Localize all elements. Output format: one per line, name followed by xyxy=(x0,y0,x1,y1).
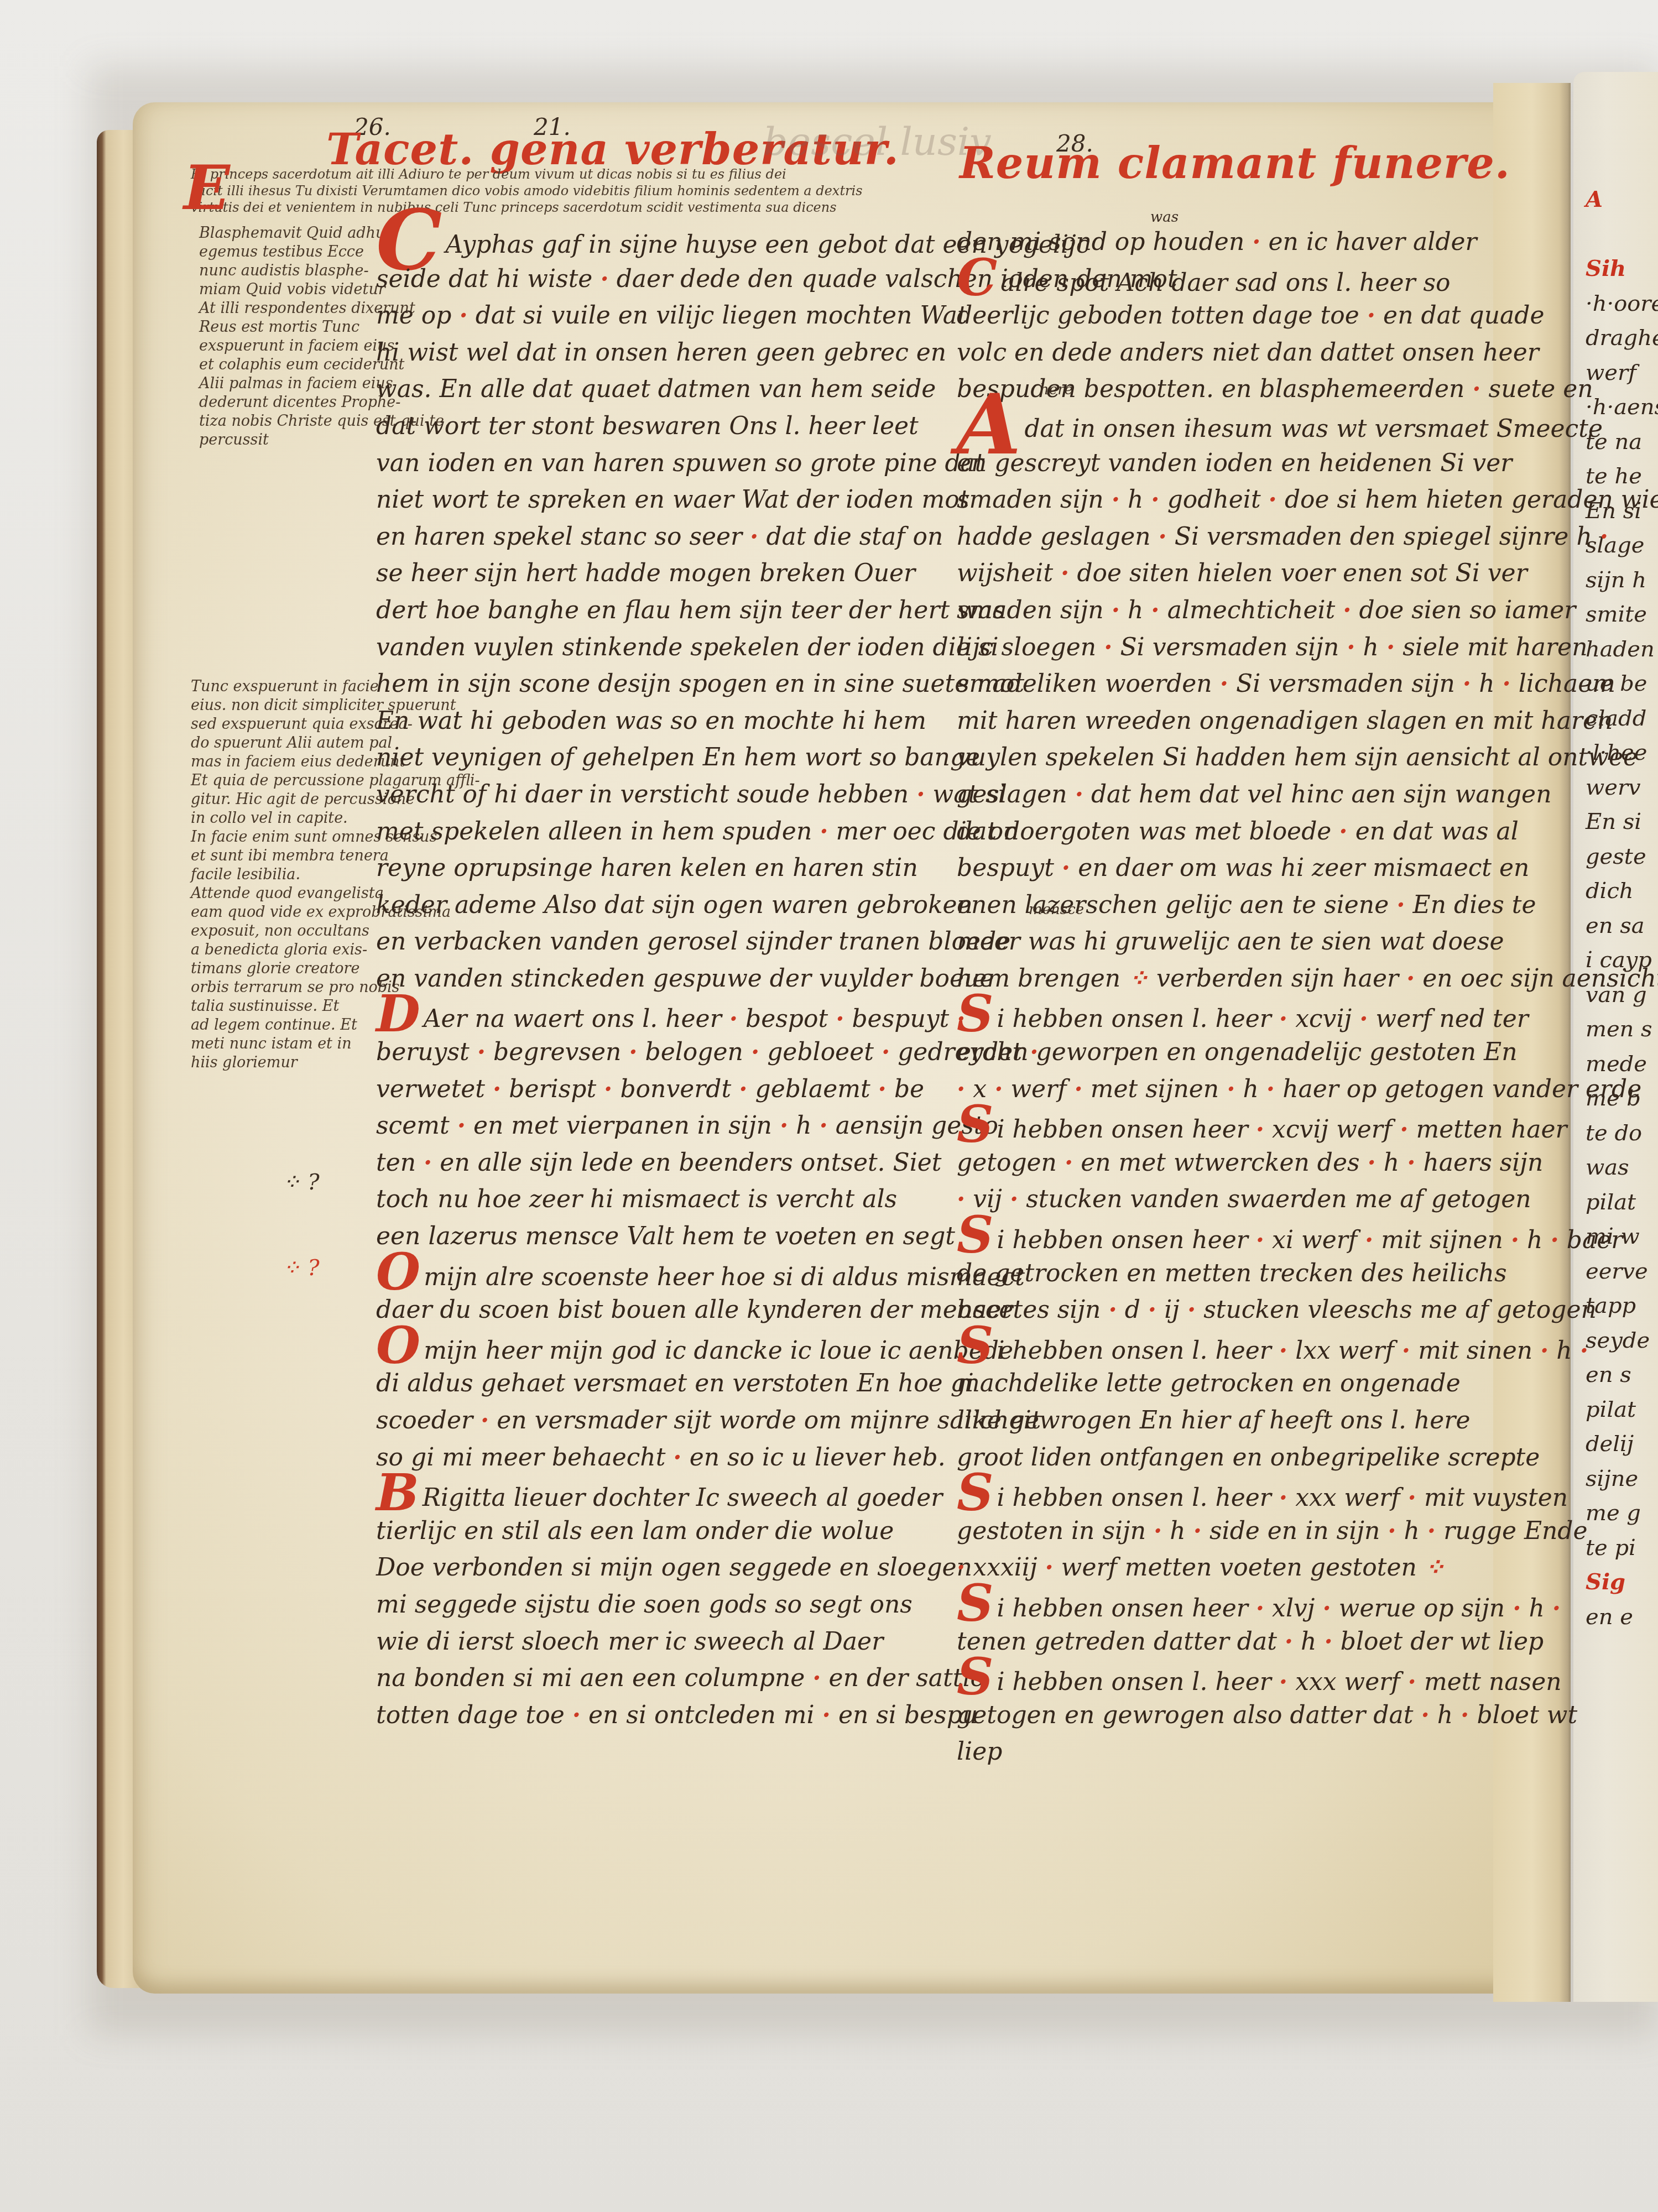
text-line: verwetet · berispt · bonverdt · geblaemt… xyxy=(376,1071,929,1108)
red-punctus: · xyxy=(1540,1337,1548,1365)
text-line: baertes sijn · d · ij · stucken vleeschs… xyxy=(957,1292,1499,1329)
text-line: meer was hi gruwelijc aen te sien wat do… xyxy=(957,924,1499,961)
red-punctus: · xyxy=(1402,1337,1410,1365)
text-line: beruyst · begrevsen · belogen · gebloeet… xyxy=(376,1034,929,1071)
text-line: Omijn alre scoenste heer hoe si di aldus… xyxy=(376,1255,929,1292)
red-punctus: · xyxy=(751,1038,759,1066)
text-line: · xxxiij · werf metten voeten gestoten ⁘ xyxy=(957,1550,1499,1587)
line-text: met spekelen alleen in hem spuden · mer … xyxy=(376,817,1019,846)
facing-page-line: sijne xyxy=(1573,1462,1658,1496)
red-punctus: · xyxy=(1552,1594,1561,1623)
text-line: Calre spot Ach daer sad ons l. heer so xyxy=(957,261,1499,298)
text-line: smaden sijn · h · almechticheit · doe si… xyxy=(957,592,1499,629)
text-line: toch nu hoe zeer hi mismaect is vercht a… xyxy=(376,1181,929,1218)
line-text: dat in onsen ihesum was wt versmaet Smee… xyxy=(1024,415,1603,443)
line-text: · xxxiij · werf metten voeten gestoten ⁘ xyxy=(957,1553,1445,1582)
text-line: geslagen · dat hem dat vel hinc aen sijn… xyxy=(957,776,1499,813)
text-line: en verbacken vanden gerosel sijnder tran… xyxy=(376,924,929,961)
facing-page-line: smite xyxy=(1573,597,1658,632)
line-text: keder ademe Also dat sijn ogen waren geb… xyxy=(376,891,973,919)
red-punctus: ⁘ xyxy=(1128,964,1149,993)
line-text: vercht of hi daer in versticht soude heb… xyxy=(376,780,1006,808)
line-text: meer was hi gruwelijc aen te sien wat do… xyxy=(957,927,1504,956)
facing-page-line: pilat xyxy=(1573,1185,1658,1220)
line-text: niet wort te spreken en waer Wat der iod… xyxy=(376,486,969,514)
line-text: dat doergoten was met bloede · en dat wa… xyxy=(957,817,1519,846)
text-line: so gi mi meer behaecht · en so ic u liev… xyxy=(376,1439,929,1477)
margin-mark-2: ⁘ ? xyxy=(282,1255,320,1281)
gloss-line: Et princeps sacerdotum ait illi Adiuro t… xyxy=(191,166,862,182)
rubricated-initial: S xyxy=(957,1587,993,1620)
red-punctus: · xyxy=(878,1075,887,1103)
text-line: tierlijc en stil als een lam onder die w… xyxy=(376,1513,929,1550)
line-text: geslagen · dat hem dat vel hinc aen sijn… xyxy=(957,780,1551,808)
text-line: liep xyxy=(957,1734,1499,1771)
gloss-line: virtutis dei et venientem in nubibus cel… xyxy=(191,199,862,216)
line-text: deerlijc geboden totten dage toe · en da… xyxy=(957,301,1544,330)
red-punctus: · xyxy=(882,1038,890,1066)
red-punctus: · xyxy=(1256,1594,1264,1623)
red-punctus: · xyxy=(1151,596,1159,624)
text-line: machdelike lette getrocken en ongenade xyxy=(957,1365,1499,1402)
text-line: niet wort te spreken en waer Wat der iod… xyxy=(376,482,929,519)
line-text: hadde geslagen · Si versmaden den spiege… xyxy=(957,523,1608,551)
text-line: reyne oprupsinge haren kelen en haren st… xyxy=(376,850,929,887)
red-punctus: · xyxy=(1386,633,1395,661)
facing-page-line: en e xyxy=(1573,1600,1658,1635)
text-column-right: den mi sond op houden · en ic haver alde… xyxy=(957,224,1499,1771)
line-text: se heer sijn hert hadde mogen breken Oue… xyxy=(376,559,915,587)
red-punctus: · xyxy=(1256,1115,1264,1144)
line-text: Doe verbonden si mijn ogen seggede en sl… xyxy=(376,1553,972,1582)
red-punctus: · xyxy=(1256,1226,1264,1254)
text-line: en haren spekel stanc so seer · dat die … xyxy=(376,519,929,556)
red-punctus: · xyxy=(812,1664,821,1692)
rubric-heading-right: Reum clamant funere. xyxy=(960,138,1510,189)
red-punctus: · xyxy=(1252,228,1260,256)
line-text: beruyst · begrevsen · belogen · gebloeet… xyxy=(376,1038,1038,1066)
text-line: · x · werf · met sijnen · h · haer op ge… xyxy=(957,1071,1499,1108)
text-line: bespuyt · en daer om was hi zeer mismaec… xyxy=(957,850,1499,887)
line-text: i hebben onsen l. heer · xxx werf · mett… xyxy=(997,1668,1561,1696)
red-punctus: · xyxy=(729,1005,738,1033)
line-text: de getrocken en metten trecken des heili… xyxy=(957,1259,1506,1287)
red-punctus: · xyxy=(1407,1149,1415,1177)
red-punctus: · xyxy=(1108,1296,1117,1324)
text-line: daer du scoen bist bouen alle kynderen d… xyxy=(376,1292,929,1329)
red-punctus: · xyxy=(1045,1553,1054,1582)
line-text: bespuyt · en daer om was hi zeer mismaec… xyxy=(957,854,1529,882)
rubricated-initial: C xyxy=(376,224,442,257)
text-line: dert hoe banghe en flau hem sijn teer de… xyxy=(376,592,929,629)
line-text: en verbacken vanden gerosel sijnder tran… xyxy=(376,927,1010,956)
line-text: vanden vuylen stinkende spekelen der iod… xyxy=(376,633,999,661)
red-punctus: · xyxy=(673,1443,681,1472)
line-text: mi seggede sijstu die soen gods so segt … xyxy=(376,1590,913,1619)
red-punctus: · xyxy=(1154,1517,1162,1545)
line-text: di aldus gehaet versmaet en verstoten En… xyxy=(376,1369,974,1397)
red-punctus: · xyxy=(1062,854,1070,882)
line-text: scemt · en met vierpanen in sijn · h · a… xyxy=(376,1112,998,1140)
text-line: wie di ierst sloech mer ic sweech al Dae… xyxy=(376,1624,929,1661)
line-text: so gi mi meer behaecht · en so ic u liev… xyxy=(376,1443,946,1472)
text-line: volc en dede anders niet dan dattet onse… xyxy=(957,335,1499,372)
line-text: na bonden si mi aen een columpne · en de… xyxy=(376,1664,984,1692)
red-punctus: · xyxy=(572,1701,581,1729)
line-text: mit haren wreeden ongenadigen slagen en … xyxy=(957,707,1613,735)
red-punctus: · xyxy=(1322,1594,1331,1623)
text-line: Si hebben onsen l. heer · xxx werf · met… xyxy=(957,1660,1499,1697)
text-line: ten · en alle sijn lede en beenders onts… xyxy=(376,1145,929,1182)
text-line: scoeder · en versmader sijt worde om mij… xyxy=(376,1402,929,1439)
red-punctus: · xyxy=(459,301,467,330)
red-punctus: · xyxy=(1279,1005,1287,1033)
red-punctus: · xyxy=(1513,1594,1521,1623)
line-text: baertes sijn · d · ij · stucken vleeschs… xyxy=(957,1296,1597,1324)
margin-gloss-top: Et princeps sacerdotum ait illi Adiuro t… xyxy=(191,166,862,216)
red-punctus: · xyxy=(1269,486,1277,514)
text-line: groot liden ontfangen en onbegripelike s… xyxy=(957,1439,1499,1477)
line-text: i hebben onsen l. heer · lxx werf · mit … xyxy=(997,1337,1588,1365)
red-punctus: · xyxy=(1187,1296,1196,1324)
initial-e-red: E xyxy=(184,160,230,216)
rubricated-initial: S xyxy=(957,1476,993,1509)
line-text: like gewrogen En hier af heeft ons l. he… xyxy=(957,1406,1470,1434)
facing-page-line: en sa xyxy=(1573,909,1658,943)
line-text: hem brengen ⁘ verberden sijn haer · en o… xyxy=(957,964,1658,993)
text-line: like gewrogen En hier af heeft ons l. he… xyxy=(957,1402,1499,1439)
red-punctus: · xyxy=(629,1038,637,1066)
red-punctus: · xyxy=(1580,1337,1588,1365)
line-text: dert hoe banghe en flau hem sijn teer de… xyxy=(376,596,1005,624)
facing-page-line: was xyxy=(1573,1150,1658,1185)
text-line: deerlijc geboden totten dage toe · en da… xyxy=(957,298,1499,335)
facing-page-line: men s xyxy=(1573,1012,1658,1047)
facing-page-line: dich xyxy=(1573,874,1658,909)
facing-page-line: geste xyxy=(1573,839,1658,874)
line-text: mijn alre scoenste heer hoe si di aldus … xyxy=(424,1263,1025,1291)
text-line: dat doergoten was met bloede · en dat wa… xyxy=(957,813,1499,851)
red-punctus: · xyxy=(820,817,828,846)
text-line: tenen getreden datter dat · h · bloet de… xyxy=(957,1624,1499,1661)
text-column-left: CAyphas gaf in sijne huyse een gebot dat… xyxy=(376,224,929,1734)
line-text: een lazerus mensce Valt hem te voeten en… xyxy=(376,1222,955,1250)
facing-page-line: A xyxy=(1573,182,1658,217)
red-punctus: · xyxy=(1365,1226,1373,1254)
facing-page-line: En si xyxy=(1573,805,1658,839)
line-text: dat wort ter stont beswaren Ons l. heer … xyxy=(376,412,919,440)
text-line: en gescreyt vanden ioden en heidenen Si … xyxy=(957,445,1499,482)
red-punctus: · xyxy=(1461,1701,1469,1729)
line-text: gestoten in sijn · h · side en in sijn ·… xyxy=(957,1517,1588,1545)
text-line: scemt · en met vierpanen in sijn · h · a… xyxy=(376,1108,929,1145)
line-text: en gescreyt vanden ioden en heidenen Si … xyxy=(957,449,1512,477)
red-punctus: · xyxy=(1151,486,1159,514)
facing-page-line: ·h·oore xyxy=(1573,286,1658,321)
red-punctus: · xyxy=(1061,559,1069,587)
text-line: Si hebben onsen l. heer · lxx werf · mit… xyxy=(957,1329,1499,1366)
line-text: wijsheit · doe siten hielen voer enen so… xyxy=(957,559,1527,587)
text-line: hi wist wel dat in onsen heren geen gebr… xyxy=(376,335,929,372)
text-line: mit haren wreeden ongenadigen slagen en … xyxy=(957,703,1499,740)
text-line: getogen en gewrogen also datter dat · h … xyxy=(957,1697,1499,1734)
red-punctus: · xyxy=(604,1075,612,1103)
text-line: dat wort ter stont beswaren Ons l. heer … xyxy=(376,408,929,445)
red-punctus: · xyxy=(994,1075,1003,1103)
facing-page-line: Sig xyxy=(1573,1565,1658,1600)
text-line: smadeliken woerden · Si versmaden sijn ·… xyxy=(957,666,1499,703)
red-punctus: · xyxy=(477,1038,486,1066)
red-punctus: · xyxy=(1285,1627,1293,1656)
line-text: i hebben onsen l. heer · xcvij · werf ne… xyxy=(997,1005,1528,1033)
text-line: totten dage toe · en si ontcleden mi · e… xyxy=(376,1697,929,1734)
line-text: hi wist wel dat in onsen heren geen gebr… xyxy=(376,338,946,367)
line-text: mijn heer mijn god ic dancke ic loue ic … xyxy=(424,1337,1013,1365)
line-text: smadeliken woerden · Si versmaden sijn ·… xyxy=(957,670,1615,698)
line-text: getogen · en met wtwercken des · h · hae… xyxy=(957,1149,1543,1177)
facing-page-line xyxy=(1573,217,1658,252)
line-text: erden geworpen en ongenadelijc gestoten … xyxy=(957,1038,1518,1066)
text-line: Omijn heer mijn god ic dancke ic loue ic… xyxy=(376,1329,929,1366)
facing-page-line: eerve xyxy=(1573,1254,1658,1289)
line-text: En wat hi geboden was so en mochte hi he… xyxy=(376,707,926,735)
red-punctus: · xyxy=(1193,1517,1202,1545)
text-line: en vanden stinckeden gespuwe der vuylder… xyxy=(376,961,929,998)
line-text: getogen en gewrogen also datter dat · h … xyxy=(957,1701,1577,1729)
red-punctus: · xyxy=(1511,1226,1519,1254)
line-text: tenen getreden datter dat · h · bloet de… xyxy=(957,1627,1544,1656)
red-punctus: · xyxy=(1368,1149,1376,1177)
line-text: hem in sijn scone desijn spogen en in si… xyxy=(376,670,1024,698)
text-line: Si hebben onsen heer · xcvij werf · mett… xyxy=(957,1108,1499,1145)
text-line: een lazerus mensce Valt hem te voeten en… xyxy=(376,1218,929,1255)
red-punctus: · xyxy=(1367,301,1375,330)
show-through-text: bescel lusiv xyxy=(763,119,992,164)
line-text: i hebben onsen l. heer · xxx werf · mit … xyxy=(997,1484,1568,1512)
text-line: hem brengen ⁘ verberden sijn haer · en o… xyxy=(957,961,1499,998)
rubricated-initial: C xyxy=(957,261,997,294)
red-punctus: · xyxy=(1388,1517,1396,1545)
text-line: me op · dat si vuile en vilijc liegen mo… xyxy=(376,298,929,335)
red-punctus: · xyxy=(1472,375,1480,403)
red-punctus: · xyxy=(1408,1484,1416,1512)
text-line: BRigitta lieuer dochter Ic sweech al goe… xyxy=(376,1476,929,1513)
red-punctus: · xyxy=(1112,486,1120,514)
text-line: niet veynigen of gehelpen En hem wort so… xyxy=(376,739,929,776)
line-text: i hebben onsen heer · xi werf · mit sijn… xyxy=(997,1226,1623,1254)
red-punctus: · xyxy=(1075,780,1083,808)
text-line: was. En alle dat quaet datmen van hem se… xyxy=(376,371,929,408)
rubricated-initial: S xyxy=(957,1108,993,1141)
red-punctus: · xyxy=(493,1075,501,1103)
facing-page-line: draghen bespi xyxy=(1573,321,1658,356)
red-punctus: · xyxy=(1550,1226,1558,1254)
red-punctus: · xyxy=(1104,633,1112,661)
text-line: wijsheit · doe siten hielen voer enen so… xyxy=(957,555,1499,592)
red-punctus: · xyxy=(1279,1668,1287,1696)
rubricated-initial: S xyxy=(957,1660,993,1693)
text-line: hadde geslagen · Si versmaden den spiege… xyxy=(957,519,1499,556)
red-punctus: · xyxy=(1148,1296,1156,1324)
line-text: lijc sloegen · Si versmaden sijn · h · s… xyxy=(957,633,1587,661)
text-line: Si hebben onsen l. heer · xxx werf · mit… xyxy=(957,1476,1499,1513)
line-text: smaden sijn · h · godheit · doe si hem h… xyxy=(957,486,1658,514)
line-text: was. En alle dat quaet datmen van hem se… xyxy=(376,375,936,403)
red-punctus: · xyxy=(750,523,758,551)
line-text: machdelike lette getrocken en ongenade xyxy=(957,1369,1461,1397)
text-line: Si hebben onsen l. heer · xcvij · werf n… xyxy=(957,997,1499,1034)
facing-page-line: sijn h xyxy=(1573,563,1658,598)
line-text: en haren spekel stanc so seer · dat die … xyxy=(376,523,943,551)
red-punctus: · xyxy=(1159,523,1167,551)
red-punctus: · xyxy=(424,1149,432,1177)
text-line: keder ademe Also dat sijn ogen waren geb… xyxy=(376,887,929,924)
text-line: En wat hi geboden was so en mochte hi he… xyxy=(376,703,929,740)
line-text: en vanden stinckeden gespuwe der vuylder… xyxy=(376,964,994,993)
text-line: hem in sijn scone desijn spogen en in si… xyxy=(376,666,929,703)
red-punctus: · xyxy=(820,1112,828,1140)
rubricated-initial: D xyxy=(376,997,420,1030)
line-text: me op · dat si vuile en vilijc liegen mo… xyxy=(376,301,967,330)
facing-page-line: Sih xyxy=(1573,252,1658,286)
line-text: reyne oprupsinge haren kelen en haren st… xyxy=(376,854,918,882)
text-line: vercht of hi daer in versticht soude heb… xyxy=(376,776,929,813)
line-text: scoeder · en versmader sijt worde om mij… xyxy=(376,1406,1041,1434)
line-text: i hebben onsen heer · xcvij werf · mette… xyxy=(997,1115,1567,1144)
red-punctus: · xyxy=(1065,1149,1073,1177)
red-punctus: · xyxy=(916,780,925,808)
text-line: seide dat hi wiste · daer dede den quade… xyxy=(376,261,929,298)
facing-page-line: werv xyxy=(1573,770,1658,805)
text-line: se heer sijn hert hadde mogen breken Oue… xyxy=(376,555,929,592)
red-punctus: · xyxy=(1427,1517,1436,1545)
line-text: volc en dede anders niet dan dattet onse… xyxy=(957,338,1539,367)
red-punctus: · xyxy=(1266,1075,1275,1103)
line-text: groot liden ontfangen en onbegripelike s… xyxy=(957,1443,1540,1472)
red-punctus: · xyxy=(1359,1005,1368,1033)
rubricated-initial: A xyxy=(957,408,1021,441)
text-line: Adat in onsen ihesum was wt versmaet Sme… xyxy=(957,408,1499,445)
red-punctus: ⁘ xyxy=(1425,1553,1445,1582)
red-punctus: · xyxy=(1400,1115,1408,1144)
red-punctus: · xyxy=(1279,1337,1287,1365)
red-punctus: · xyxy=(1339,817,1347,846)
interlinear-correction: here xyxy=(1040,382,1073,398)
red-punctus: · xyxy=(836,1005,844,1033)
line-text: liep xyxy=(957,1738,1002,1766)
text-line: Doe verbonden si mijn ogen seggede en sl… xyxy=(376,1550,929,1587)
red-punctus: · xyxy=(780,1112,788,1140)
line-text: niet veynigen of gehelpen En hem wort so… xyxy=(376,743,980,771)
facing-page-line: pilat xyxy=(1573,1392,1658,1427)
rubricated-initial: S xyxy=(957,1218,993,1251)
red-punctus: · xyxy=(1463,670,1471,698)
text-line: den mi sond op houden · en ic haver alde… xyxy=(957,224,1499,261)
text-line: erden geworpen en ongenadelijc gestoten … xyxy=(957,1034,1499,1071)
red-punctus: · xyxy=(1600,523,1608,551)
line-text: van ioden en van haren spuwen so grote p… xyxy=(376,449,985,477)
line-text: i hebben onsen heer · xlvj · werue op si… xyxy=(997,1594,1561,1623)
line-text: tierlijc en stil als een lam onder die w… xyxy=(376,1517,894,1545)
red-punctus: · xyxy=(481,1406,489,1434)
red-punctus: · xyxy=(739,1075,747,1103)
line-text: wie di ierst sloech mer ic sweech al Dae… xyxy=(376,1627,883,1656)
rubricated-initial: B xyxy=(376,1476,419,1509)
red-punctus: · xyxy=(822,1701,831,1729)
line-text: alre spot Ach daer sad ons l. heer so xyxy=(1000,269,1450,297)
line-text: den mi sond op houden · en ic haver alde… xyxy=(957,228,1477,256)
line-text: verwetet · berispt · bonverdt · geblaemt… xyxy=(376,1075,924,1103)
red-punctus: · xyxy=(1074,1075,1082,1103)
facing-page-line: te do xyxy=(1573,1116,1658,1151)
line-text: vuylen spekelen Si hadden hem sijn aensi… xyxy=(957,743,1638,771)
text-line: bespuden bespotten. en blasphemeerden · … xyxy=(957,371,1499,408)
line-text: daer du scoen bist bouen alle kynderen d… xyxy=(376,1296,1013,1324)
text-line: getogen · en met wtwercken des · h · hae… xyxy=(957,1145,1499,1182)
text-line: van ioden en van haren spuwen so grote p… xyxy=(376,445,929,482)
text-line: lijc sloegen · Si versmaden sijn · h · s… xyxy=(957,629,1499,666)
red-punctus: · xyxy=(1408,1668,1416,1696)
red-punctus: · xyxy=(600,265,608,293)
facing-page-fragment: ASih·h·ooredraghen bespiwerf·h·aenste na… xyxy=(1573,72,1658,2002)
text-line: Si hebben onsen heer · xi werf · mit sij… xyxy=(957,1218,1499,1255)
text-line: vuylen spekelen Si hadden hem sijn aensi… xyxy=(957,739,1499,776)
red-punctus: · xyxy=(457,1112,466,1140)
text-line: mi seggede sijstu die soen gods so segt … xyxy=(376,1587,929,1624)
red-punctus: · xyxy=(1347,633,1355,661)
text-line: de getrocken en metten trecken des heili… xyxy=(957,1255,1499,1292)
line-text: · x · werf · met sijnen · h · haer op ge… xyxy=(957,1075,1641,1103)
line-text: toch nu hoe zeer hi mismaect is vercht a… xyxy=(376,1185,897,1213)
margin-mark-1: ⁘ ? xyxy=(282,1170,320,1195)
red-punctus: · xyxy=(1220,670,1228,698)
text-line: gestoten in sijn · h · side en in sijn ·… xyxy=(957,1513,1499,1550)
rubricated-initial: O xyxy=(376,1255,420,1288)
red-punctus: · xyxy=(1421,1701,1429,1729)
text-line: Si hebben onsen heer · xlvj · werue op s… xyxy=(957,1587,1499,1624)
line-text: totten dage toe · en si ontcleden mi · e… xyxy=(376,1701,978,1729)
red-punctus: · xyxy=(1279,1484,1287,1512)
interlinear-correction: mensce xyxy=(1029,901,1084,918)
gloss-line: Dicit illi ihesus Tu dixisti Verumtamen … xyxy=(191,182,862,199)
red-punctus: · xyxy=(1324,1627,1332,1656)
rubricated-initial: S xyxy=(957,997,993,1030)
line-text: smaden sijn · h · almechticheit · doe si… xyxy=(957,596,1576,624)
line-text: ten · en alle sijn lede en beenders onts… xyxy=(376,1149,942,1177)
red-punctus: · xyxy=(1227,1075,1235,1103)
rubricated-initial: S xyxy=(957,1329,993,1362)
line-text: Rigitta lieuer dochter Ic sweech al goed… xyxy=(423,1484,943,1512)
red-punctus: · xyxy=(1112,596,1120,624)
text-line: · vij · stucken vanden swaerden me af ge… xyxy=(957,1181,1499,1218)
facing-page-line: delij xyxy=(1573,1427,1658,1462)
red-punctus: · xyxy=(1010,1185,1018,1213)
line-text: · vij · stucken vanden swaerden me af ge… xyxy=(957,1185,1531,1213)
text-line: na bonden si mi aen een columpne · en de… xyxy=(376,1660,929,1697)
red-punctus: · xyxy=(1396,891,1405,919)
text-line: met spekelen alleen in hem spuden · mer … xyxy=(376,813,929,851)
text-line: smaden sijn · h · godheit · doe si hem h… xyxy=(957,482,1499,519)
text-line: di aldus gehaet versmaet en verstoten En… xyxy=(376,1365,929,1402)
interlinear-correction: was xyxy=(1150,209,1179,226)
text-line: DAer na waert ons l. heer · bespot · bes… xyxy=(376,997,929,1034)
text-line: vanden vuylen stinkende spekelen der iod… xyxy=(376,629,929,666)
red-punctus: · xyxy=(1343,596,1351,624)
red-punctus: · xyxy=(1502,670,1510,698)
text-line: CAyphas gaf in sijne huyse een gebot dat… xyxy=(376,224,929,261)
rubricated-initial: O xyxy=(376,1329,420,1362)
red-punctus: · xyxy=(1406,964,1415,993)
